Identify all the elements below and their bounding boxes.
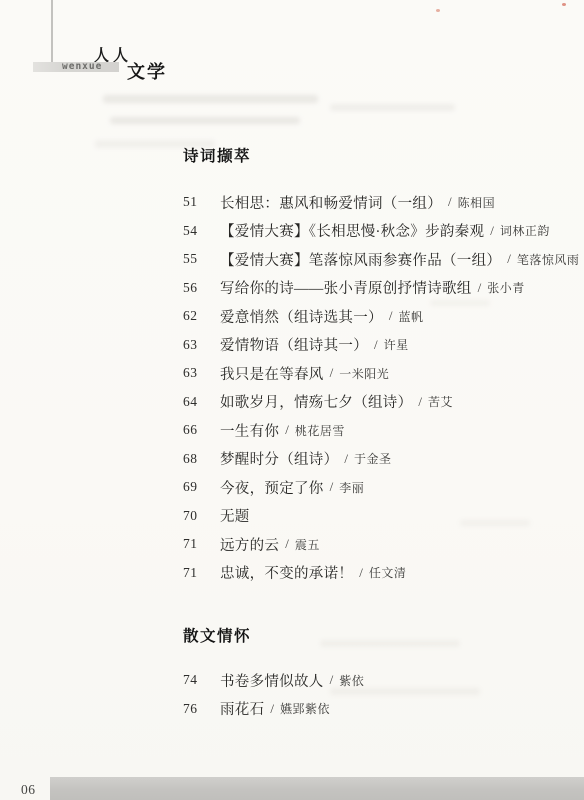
entry-title: 爱情物语（组诗其一） — [220, 334, 368, 355]
entry-page-number: 68 — [183, 451, 220, 467]
entry-author: 一米阳光 — [339, 365, 389, 382]
toc-entry: 51 长相思：惠风和畅爱情词（一组） / 陈相国 — [183, 188, 570, 217]
toc-entry: 55 【爱情大赛】笔落惊风雨参赛作品（一组） / 笔落惊风雨 — [183, 245, 570, 274]
entry-separator: / — [490, 223, 494, 239]
entry-title: 今夜，预定了你 — [220, 477, 324, 498]
toc-entry: 68 梦醒时分（组诗） / 于金圣 — [183, 445, 570, 474]
entry-title: 远方的云 — [220, 534, 279, 555]
entry-separator: / — [344, 451, 348, 467]
toc-entry: 71 远方的云 / 震五 — [183, 530, 570, 559]
magazine-logo-pinyin: wenxue — [62, 61, 102, 73]
section-title-prose: 散文情怀 — [183, 628, 570, 646]
entry-page-number: 71 — [183, 565, 220, 581]
toc-entry: 66 一生有你 / 桃花居雪 — [183, 416, 570, 445]
scan-ink-speck — [436, 9, 440, 12]
footer-gray-bar — [50, 777, 584, 800]
entry-title: 雨花石 — [220, 698, 264, 719]
entry-page-number: 64 — [183, 394, 220, 410]
entry-separator: / — [270, 701, 274, 717]
entry-page-number: 63 — [183, 365, 220, 381]
toc-entry: 70 无题 — [183, 502, 570, 531]
toc-entry: 62 爱意悄然（组诗选其一） / 蓝帆 — [183, 302, 570, 331]
entry-separator: / — [330, 365, 334, 381]
entry-title: 一生有你 — [220, 420, 279, 441]
entry-author: 任文清 — [369, 564, 407, 581]
entry-title: 【爱情大赛】笔落惊风雨参赛作品（一组） — [220, 249, 501, 270]
entry-page-number: 69 — [183, 479, 220, 495]
entry-title: 写给你的诗——张小青原创抒情诗歌组 — [220, 277, 472, 298]
entry-title: 爱意悄然（组诗选其一） — [220, 306, 383, 327]
masthead-vertical-rule — [51, 0, 53, 69]
entry-title: 长相思：惠风和畅爱情词（一组） — [220, 192, 442, 213]
entry-author: 苦艾 — [428, 393, 453, 410]
entry-page-number: 56 — [183, 280, 220, 296]
entry-separator: / — [359, 565, 363, 581]
toc-entry: 63 我只是在等春风 / 一米阳光 — [183, 359, 570, 388]
bleed-through-smudge — [110, 117, 300, 124]
entry-page-number: 63 — [183, 337, 220, 353]
entry-author: 词林正韵 — [500, 222, 550, 239]
entry-page-number: 74 — [183, 672, 220, 688]
entry-separator: / — [507, 251, 511, 267]
entry-title: 我只是在等春风 — [220, 363, 324, 384]
toc-entry: 54 【爱情大赛】《长相思慢·秋念》步韵秦观 / 词林正韵 — [183, 217, 570, 246]
bleed-through-smudge — [330, 104, 455, 111]
entry-author: 嬿郢紫依 — [280, 700, 330, 717]
bleed-through-smudge — [95, 140, 215, 148]
entry-title: 无题 — [220, 505, 250, 526]
entry-title: 书卷多情似故人 — [220, 670, 324, 691]
entry-title: 【爱情大赛】《长相思慢·秋念》步韵秦观 — [220, 220, 484, 241]
entry-author: 陈相国 — [458, 194, 496, 211]
entry-separator: / — [330, 672, 334, 688]
entry-separator: / — [285, 422, 289, 438]
folio-page-number: 06 — [21, 782, 36, 798]
toc-entry: 69 今夜，预定了你 / 李丽 — [183, 473, 570, 502]
entry-page-number: 70 — [183, 508, 220, 524]
entry-page-number: 71 — [183, 536, 220, 552]
magazine-logo-wenxue: 文学 — [127, 58, 167, 84]
entry-author: 蓝帆 — [398, 308, 423, 325]
entry-author: 紫依 — [339, 672, 364, 689]
entry-title: 如歌岁月，情殇七夕（组诗） — [220, 391, 412, 412]
prose-entries: 74 书卷多情似故人 / 紫依 76 雨花石 / 嬿郢紫依 — [183, 666, 570, 723]
entry-page-number: 55 — [183, 251, 220, 267]
entry-separator: / — [448, 194, 452, 210]
entry-separator: / — [285, 536, 289, 552]
entry-author: 震五 — [295, 536, 320, 553]
entry-separator: / — [478, 280, 482, 296]
bleed-through-smudge — [103, 95, 318, 103]
entry-separator: / — [389, 308, 393, 324]
entry-separator: / — [330, 479, 334, 495]
entry-author: 于金圣 — [354, 450, 392, 467]
table-of-contents: 诗词撷萃 51 长相思：惠风和畅爱情词（一组） / 陈相国 54 【爱情大赛】《… — [183, 148, 570, 723]
entry-separator: / — [418, 394, 422, 410]
entry-author: 笔落惊风雨 — [517, 251, 580, 268]
entry-page-number: 66 — [183, 422, 220, 438]
toc-entry: 56 写给你的诗——张小青原创抒情诗歌组 / 张小青 — [183, 274, 570, 303]
entry-page-number: 62 — [183, 308, 220, 324]
entry-author: 李丽 — [339, 479, 364, 496]
scanned-magazine-page: 人人 wenxue 文学 诗词撷萃 51 长相思：惠风和畅爱情词（一组） / 陈… — [0, 0, 584, 800]
toc-entry: 64 如歌岁月，情殇七夕（组诗） / 苦艾 — [183, 388, 570, 417]
entry-page-number: 51 — [183, 194, 220, 210]
section-title-poetry: 诗词撷萃 — [183, 148, 570, 166]
entry-separator: / — [374, 337, 378, 353]
scan-ink-speck — [562, 3, 566, 6]
entry-title: 梦醒时分（组诗） — [220, 448, 338, 469]
toc-entry: 76 雨花石 / 嬿郢紫依 — [183, 695, 570, 724]
toc-entry: 71 忠诚，不变的承诺！ / 任文清 — [183, 559, 570, 588]
entry-page-number: 54 — [183, 223, 220, 239]
entry-title: 忠诚，不变的承诺！ — [220, 562, 353, 583]
entry-author: 许星 — [384, 336, 409, 353]
toc-entry: 74 书卷多情似故人 / 紫依 — [183, 666, 570, 695]
toc-entry: 63 爱情物语（组诗其一） / 许星 — [183, 331, 570, 360]
entry-page-number: 76 — [183, 701, 220, 717]
entry-author: 桃花居雪 — [295, 422, 345, 439]
poetry-entries: 51 长相思：惠风和畅爱情词（一组） / 陈相国 54 【爱情大赛】《长相思慢·… — [183, 188, 570, 587]
entry-author: 张小青 — [487, 279, 525, 296]
